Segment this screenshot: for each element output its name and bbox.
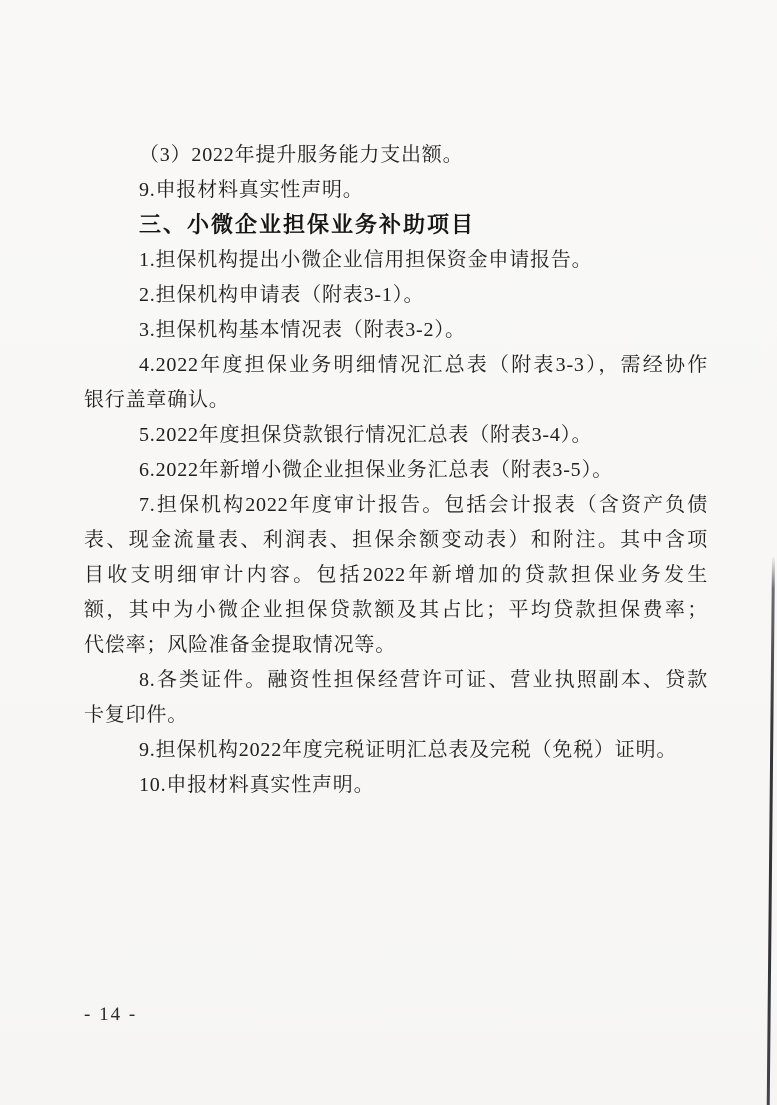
- document-text-line: 6.2022年新增小微企业担保业务汇总表（附表3-5）。: [84, 453, 708, 488]
- document-text-line: 4.2022年度担保业务明细情况汇总表（附表3-3），需经协作: [84, 348, 708, 383]
- document-text-block: （3）2022年提升服务能力支出额。9.申报材料真实性声明。三、小微企业担保业务…: [84, 138, 708, 803]
- document-text-line: 目收支明细审计内容。包括2022年新增加的贷款担保业务发生: [84, 558, 708, 593]
- document-text-line: 1.担保机构提出小微企业信用担保资金申请报告。: [84, 243, 708, 278]
- document-text-line: 9.申报材料真实性声明。: [84, 173, 708, 208]
- document-text-line: 额，其中为小微企业担保贷款额及其占比；平均贷款担保费率；: [84, 593, 708, 628]
- document-text-line: （3）2022年提升服务能力支出额。: [84, 138, 708, 173]
- scanned-document-page: （3）2022年提升服务能力支出额。9.申报材料真实性声明。三、小微企业担保业务…: [0, 0, 777, 1105]
- document-text-line: 3.担保机构基本情况表（附表3-2）。: [84, 313, 708, 348]
- document-text-line: 8.各类证件。融资性担保经营许可证、营业执照副本、贷款: [84, 663, 708, 698]
- document-text-line: 表、现金流量表、利润表、担保余额变动表）和附注。其中含项: [84, 523, 708, 558]
- document-text-line: 2.担保机构申请表（附表3-1）。: [84, 278, 708, 313]
- document-text-line: 5.2022年度担保贷款银行情况汇总表（附表3-4）。: [84, 418, 708, 453]
- document-text-line: 银行盖章确认。: [84, 383, 708, 418]
- document-text-line: 卡复印件。: [84, 698, 708, 733]
- section-heading-line: 三、小微企业担保业务补助项目: [84, 208, 708, 243]
- document-text-line: 9.担保机构2022年度完税证明汇总表及完税（免税）证明。: [84, 733, 708, 768]
- page-number: - 14 -: [84, 1002, 137, 1028]
- document-text-line: 代偿率；风险准备金提取情况等。: [84, 628, 708, 663]
- scan-edge-artifact: [767, 556, 775, 1105]
- document-text-line: 10.申报材料真实性声明。: [84, 768, 708, 803]
- document-text-line: 7.担保机构2022年度审计报告。包括会计报表（含资产负债: [84, 488, 708, 523]
